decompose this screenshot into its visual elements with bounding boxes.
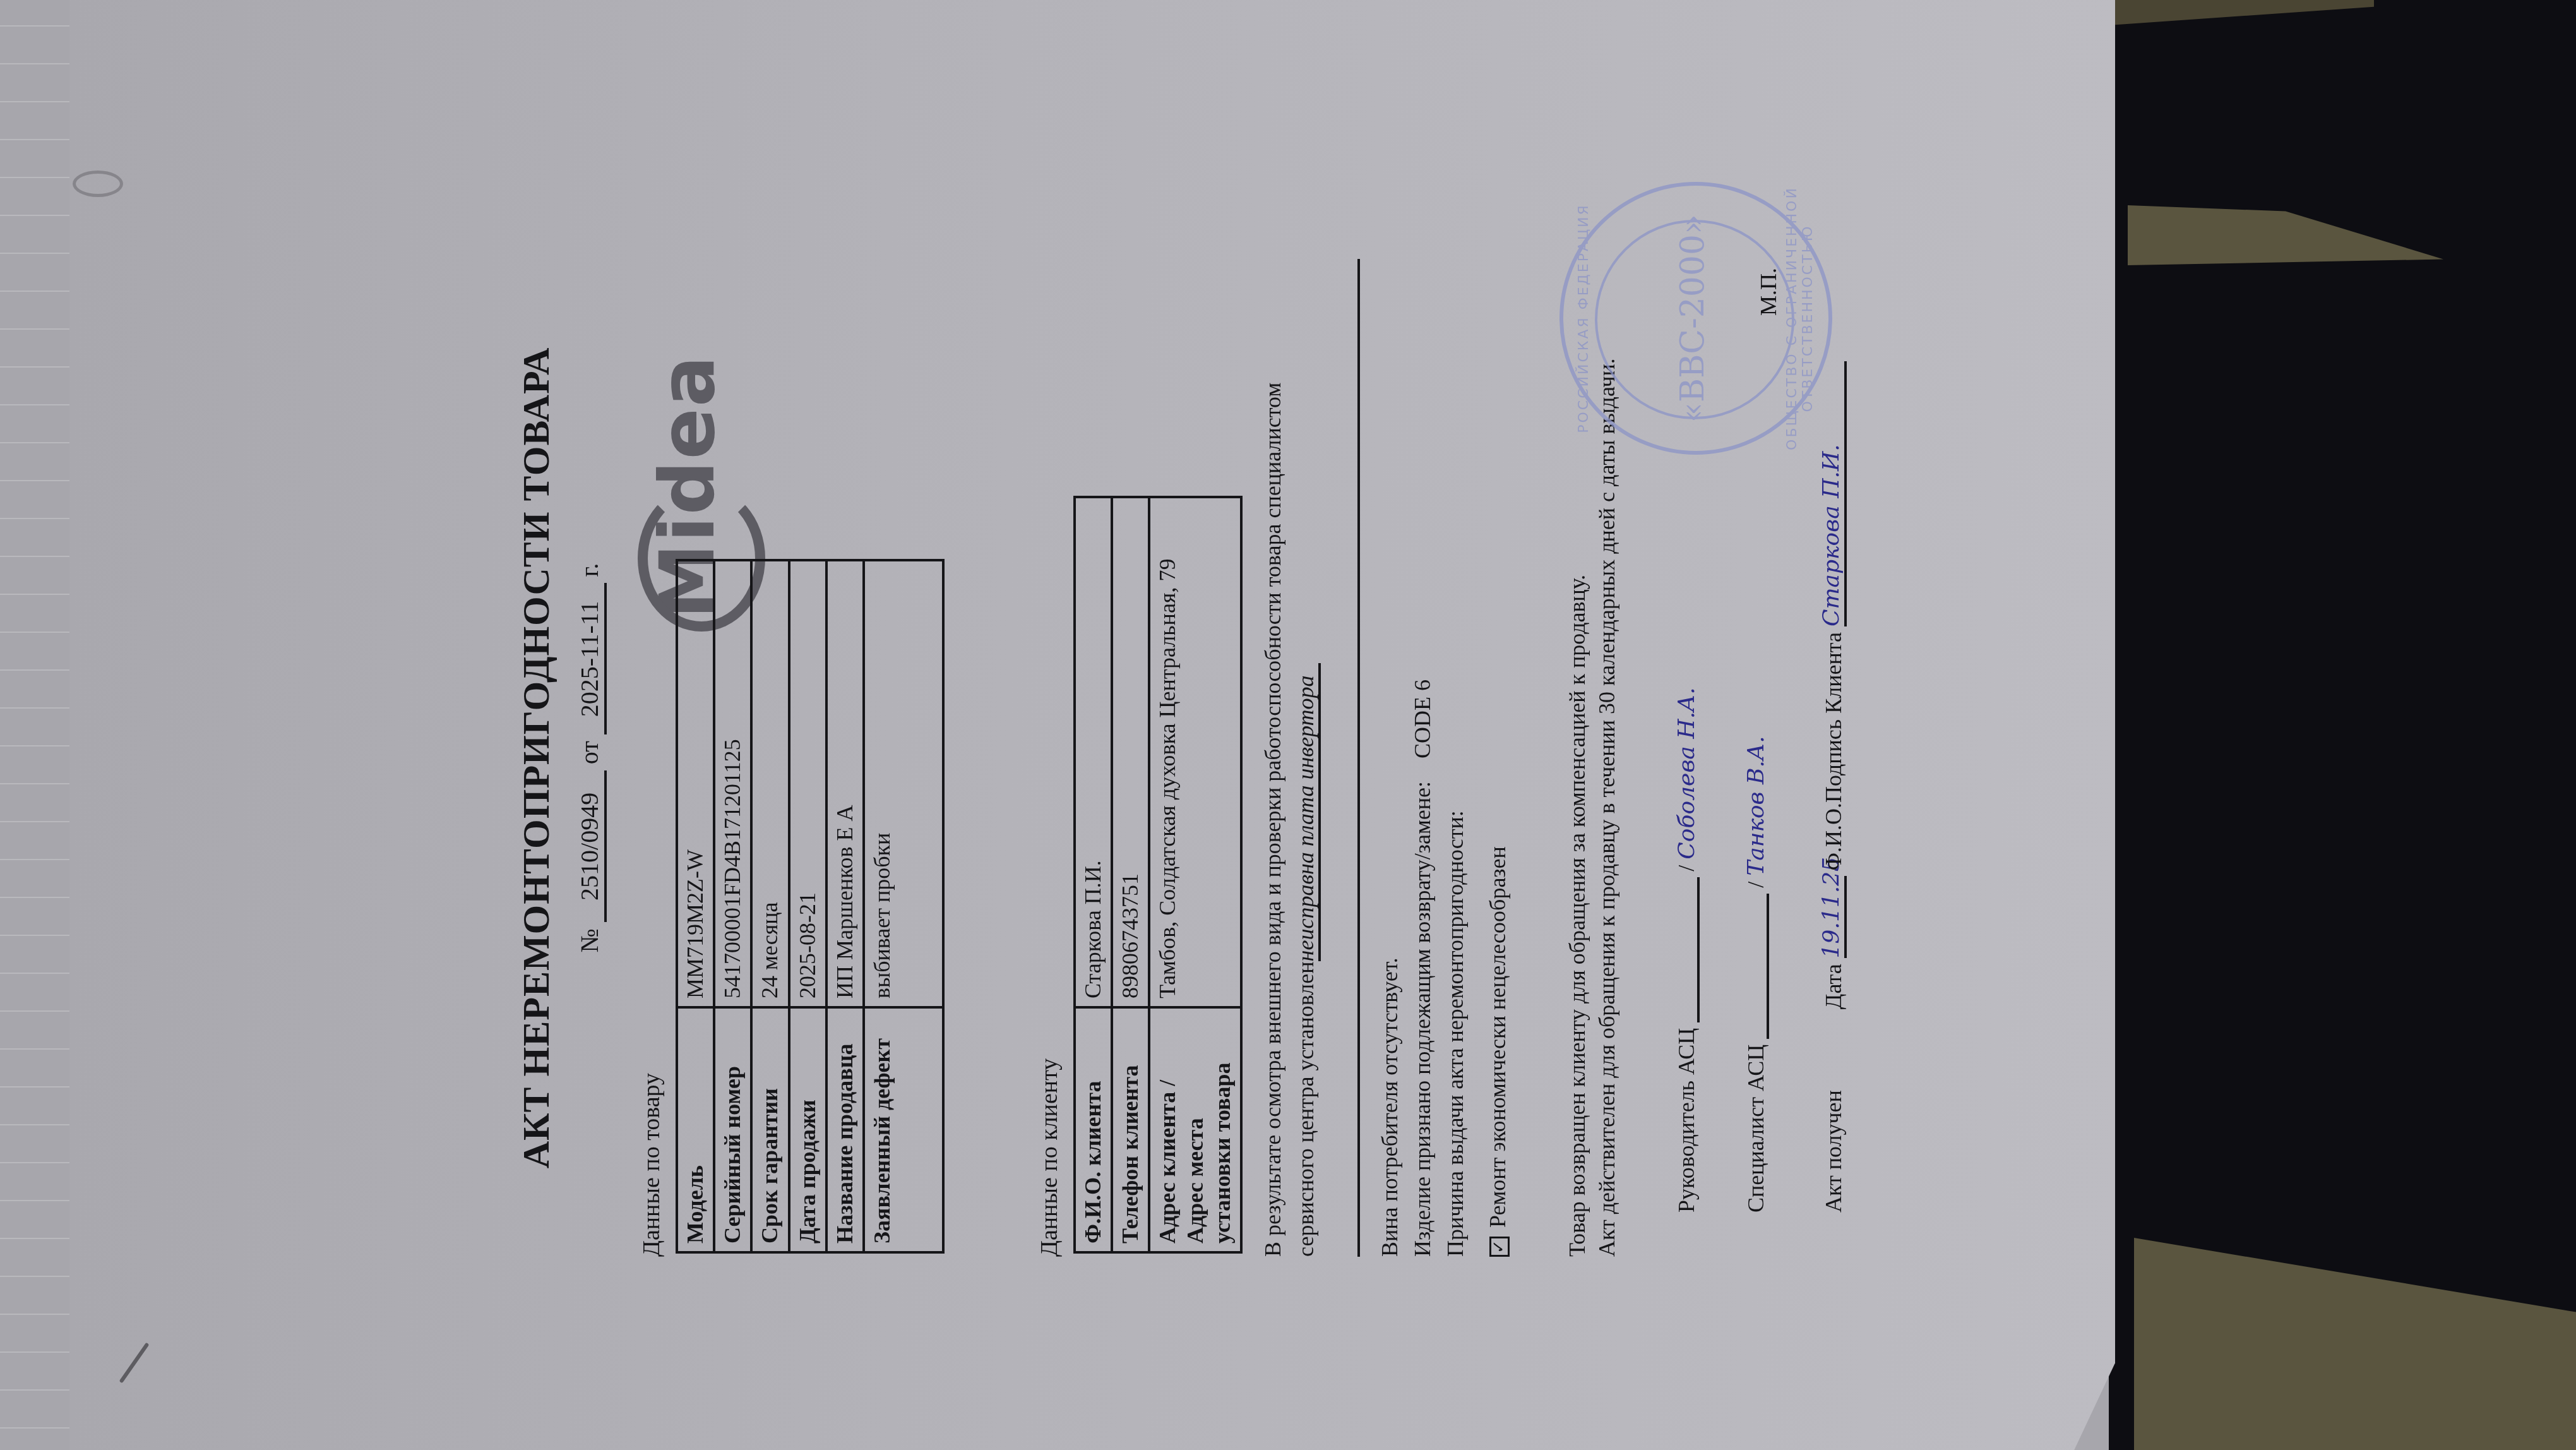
head-signature-line — [1697, 877, 1700, 1022]
row-value: MM719M2Z-W — [677, 560, 714, 1007]
row-value: 24 месяца — [751, 560, 789, 1007]
row-label: Срок гарантии — [751, 1007, 789, 1252]
row-value: 541700001FD4B171201125 — [714, 560, 751, 1007]
table-row: Название продавцаИП Маршенков Е А — [826, 560, 864, 1252]
table-row: Срок гарантии24 месяца — [751, 560, 789, 1252]
row-value: ИП Маршенков Е А — [826, 560, 864, 1007]
head-signature-row: Руководитель АСЦ / Соболева Н.А. — [1673, 687, 1700, 1213]
row-label: Название продавца — [826, 1007, 864, 1252]
verdict-block: Вина потребителя отсутствует. Изделие пр… — [1373, 183, 1514, 1257]
row-label: Адрес клиента / Адрес места установки то… — [1149, 1007, 1241, 1252]
document-title: АКТ НЕРЕМОНТОПРИГОДНОСТИ ТОВАРА — [515, 158, 558, 1358]
reason-checkbox[interactable]: ✓ — [1489, 1237, 1510, 1257]
received-row: Акт получен Дата 19.11.25 Ф.И.О.Подпись … — [1818, 361, 1847, 1213]
client-section-title: Данные по клиенту — [1035, 1058, 1063, 1257]
specialist-signature-line — [1767, 894, 1769, 1039]
no-fault-text: Вина потребителя отсутствует. — [1373, 183, 1406, 1257]
row-value: 2025-08-21 — [789, 560, 826, 1007]
row-label: Телефон клиента — [1112, 1007, 1149, 1252]
row-label: Заявленный дефект — [864, 1007, 943, 1252]
head-name: Соболева Н.А. — [1674, 687, 1700, 860]
return-code: CODE 6 — [1410, 680, 1435, 758]
document-date: 2025-11-11 — [575, 583, 607, 734]
row-label: Модель — [677, 1007, 714, 1252]
received-date: 19.11.25 — [1818, 876, 1847, 958]
document-number: 2510/0949 — [575, 770, 607, 922]
table-row: Серийный номер541700001FD4B171201125 — [714, 560, 751, 1252]
document-number-line: № 2510/0949 от 2025-11-11 г. — [575, 158, 607, 1358]
blank-line — [1357, 259, 1360, 1257]
client-table: Ф.И.О. клиентаСтаркова П.И.Телефон клиен… — [1073, 496, 1243, 1254]
plastic-wrap — [0, 0, 69, 1450]
table-row: Ф.И.О. клиентаСтаркова П.И. — [1075, 497, 1112, 1252]
inspection-finding: неисправна плата инвертора — [1293, 663, 1321, 962]
table-row: Заявленный дефектвыбивает пробки — [864, 560, 943, 1252]
row-label: Ф.И.О. клиента — [1075, 1007, 1112, 1252]
table-row: Адрес клиента / Адрес места установки то… — [1149, 497, 1241, 1252]
row-value: 89806743751 — [1112, 497, 1149, 1007]
row-value: Тамбов, Солдатская духовка Центральная, … — [1149, 497, 1241, 1007]
row-label: Серийный номер — [714, 1007, 751, 1252]
table-row: Дата продажи2025-08-21 — [789, 560, 826, 1252]
company-stamp: РОССИЙСКАЯ ФЕДЕРАЦИЯ «ВВС-2000» ОБЩЕСТВО… — [1559, 182, 1832, 455]
table-row: МодельMM719M2Z-W — [677, 560, 714, 1252]
row-value: Старкова П.И. — [1075, 497, 1112, 1007]
specialist-name: Танков В.А. — [1743, 736, 1769, 875]
row-label: Дата продажи — [789, 1007, 826, 1252]
pen-mark — [73, 171, 123, 197]
product-table: МодельMM719M2Z-WСерийный номер541700001F… — [676, 559, 945, 1254]
client-signature: Старкова П.И. — [1818, 361, 1847, 626]
product-section-title: Данные по товару — [638, 1073, 665, 1257]
specialist-signature-row: Специалист АСЦ / Танков В.А. — [1743, 736, 1769, 1213]
table-row: Телефон клиента89806743751 — [1112, 497, 1149, 1252]
row-value: выбивает пробки — [864, 560, 943, 1007]
stamp-label: М.П. — [1755, 268, 1782, 316]
document-page: АКТ НЕРЕМОНТОПРИГОДНОСТИ ТОВАРА № 2510/0… — [486, 158, 1951, 1358]
inspection-paragraph: В результате осмотра внешнего вида и про… — [1256, 183, 1322, 1257]
